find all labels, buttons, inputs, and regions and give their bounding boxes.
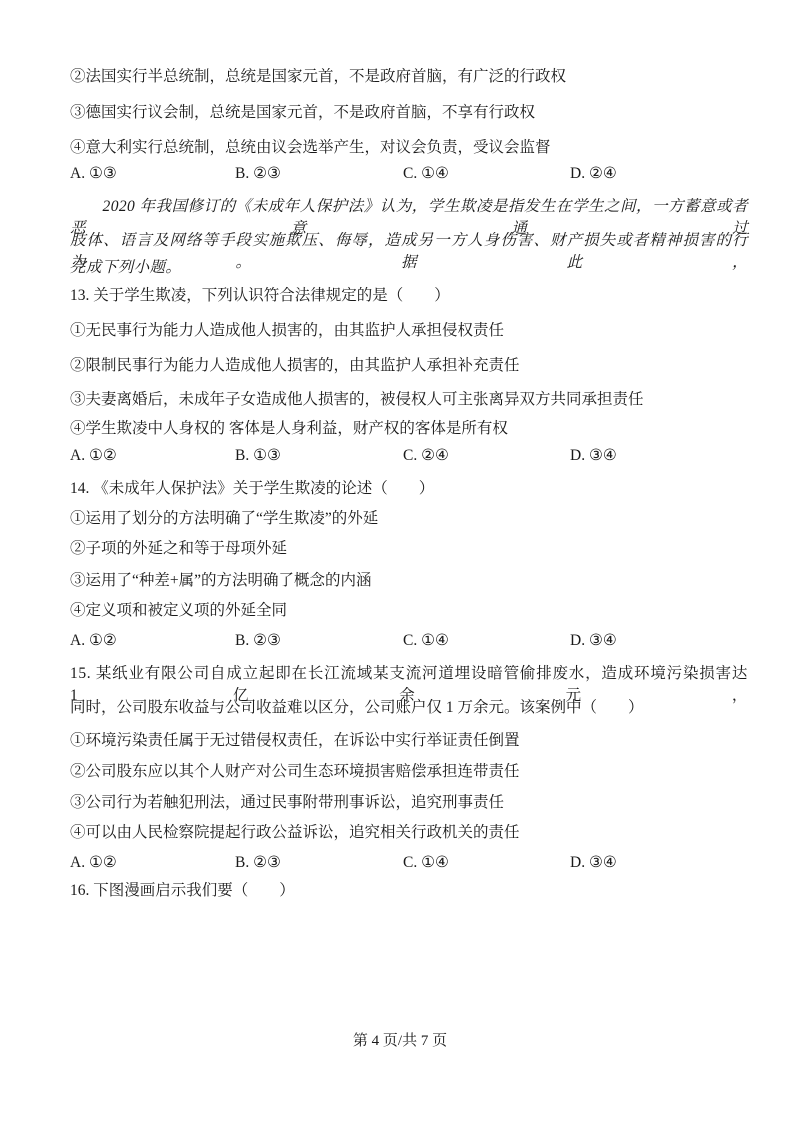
q15-option-2: ②公司股东应以其个人财产对公司生态环境损害赔偿承担连带责任 bbox=[70, 761, 748, 783]
q12-choice-c: C. ①④ bbox=[403, 163, 570, 185]
q12-option-4: ④意大利实行总统制，总统由议会选举产生，对议会负责，受议会监督 bbox=[70, 137, 748, 159]
q12-choice-b: B. ②③ bbox=[235, 163, 403, 185]
q15-choice-b: B. ②③ bbox=[235, 852, 403, 874]
q14-option-1: ①运用了划分的方法明确了“学生欺凌”的外延 bbox=[70, 508, 748, 530]
q15-option-3: ③公司行为若触犯刑法，通过民事附带刑事诉讼，追究刑事责任 bbox=[70, 792, 748, 814]
q14-stem: 14. 《未成年人保护法》关于学生欺凌的论述（ ） bbox=[70, 478, 748, 500]
q15-choice-c: C. ①④ bbox=[403, 852, 570, 874]
q13-option-1: ①无民事行为能力人造成他人损害的，由其监护人承担侵权责任 bbox=[70, 320, 748, 342]
q12-option-2: ②法国实行半总统制，总统是国家元首，不是政府首脑，有广泛的行政权 bbox=[70, 66, 748, 88]
q15-choice-d: D. ③④ bbox=[570, 852, 748, 874]
q13-choice-d: D. ③④ bbox=[570, 445, 748, 467]
q16-stem: 16. 下图漫画启示我们要（ ） bbox=[70, 880, 748, 902]
q12-choice-d: D. ②④ bbox=[570, 163, 748, 185]
exam-document-page: ②法国实行半总统制，总统是国家元首，不是政府首脑，有广泛的行政权 ③德国实行议会… bbox=[0, 0, 800, 1131]
footer-page-number: 第 4 页/共 7 页 bbox=[0, 1029, 800, 1050]
q13-option-3: ③夫妻离婚后，未成年子女造成他人损害的，被侵权人可主张离异双方共同承担责任 bbox=[70, 389, 748, 411]
q15-option-1: ①环境污染责任属于无过错侵权责任，在诉讼中实行举证责任倒置 bbox=[70, 730, 748, 752]
passage-line-3: 完成下列小题。 bbox=[70, 257, 748, 279]
q14-choice-c: C. ①④ bbox=[403, 630, 570, 652]
q12-choice-a: A. ①③ bbox=[70, 163, 235, 185]
q13-choice-a: A. ①② bbox=[70, 445, 235, 467]
q14-choices-row: A. ①② B. ②③ C. ①④ D. ③④ bbox=[70, 630, 748, 652]
q14-choice-b: B. ②③ bbox=[235, 630, 403, 652]
q14-choice-a: A. ①② bbox=[70, 630, 235, 652]
q13-choices-row: A. ①② B. ①③ C. ②④ D. ③④ bbox=[70, 445, 748, 467]
q14-choice-d: D. ③④ bbox=[570, 630, 748, 652]
q15-choices-row: A. ①② B. ②③ C. ①④ D. ③④ bbox=[70, 852, 748, 874]
q15-stem-line-2: 同时，公司股东收益与公司收益难以区分，公司账户仅 1 万余元。该案例中（ ） bbox=[70, 697, 748, 719]
q13-option-4: ④学生欺凌中人身权的 客体是人身利益，财产权的客体是所有权 bbox=[70, 418, 748, 440]
q13-choice-b: B. ①③ bbox=[235, 445, 403, 467]
q15-option-4: ④可以由人民检察院提起行政公益诉讼，追究相关行政机关的责任 bbox=[70, 822, 748, 844]
q12-option-3: ③德国实行议会制，总统是国家元首，不是政府首脑，不享有行政权 bbox=[70, 102, 748, 124]
q13-option-2: ②限制民事行为能力人造成他人损害的，由其监护人承担补充责任 bbox=[70, 355, 748, 377]
q13-stem: 13. 关于学生欺凌，下列认识符合法律规定的是（ ） bbox=[70, 285, 748, 307]
q13-choice-c: C. ②④ bbox=[403, 445, 570, 467]
q14-option-3: ③运用了“种差+属”的方法明确了概念的内涵 bbox=[70, 570, 748, 592]
q12-choices-row: A. ①③ B. ②③ C. ①④ D. ②④ bbox=[70, 163, 748, 185]
q14-option-4: ④定义项和被定义项的外延全同 bbox=[70, 600, 748, 622]
q14-option-2: ②子项的外延之和等于母项外延 bbox=[70, 538, 748, 560]
q15-choice-a: A. ①② bbox=[70, 852, 235, 874]
